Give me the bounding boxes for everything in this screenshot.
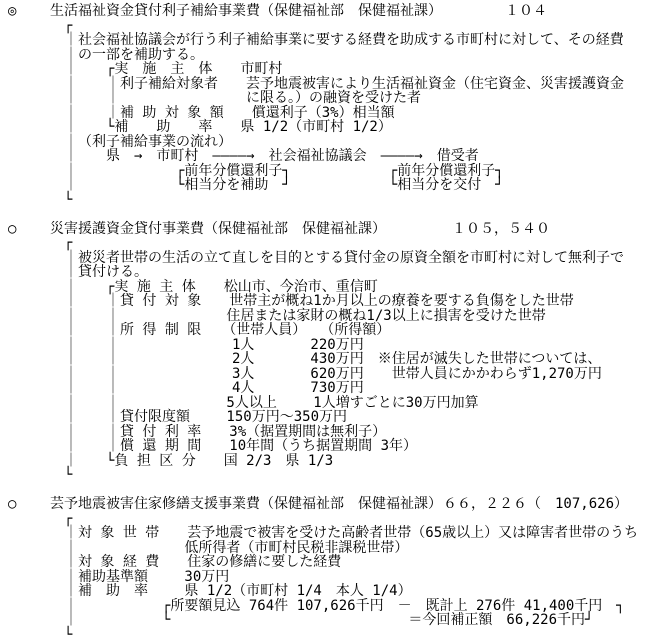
section-title: 災害援護資金貸付事業費（保健福祉部 保健福祉課） bbox=[50, 222, 386, 237]
section-marker-circle: ○ bbox=[8, 497, 16, 512]
section-amount: １０５，５４０ bbox=[452, 222, 550, 237]
section-marker-double-circle: ◎ bbox=[8, 4, 16, 19]
section-disaster-relief-fund-loan: ○ 災害援護資金貸付事業費（保健福祉部 保健福祉課） １０５，５４０ ┌ ｜被災… bbox=[0, 222, 658, 483]
section-heading: ○ 災害援護資金貸付事業費（保健福祉部 保健福祉課） １０５，５４０ bbox=[0, 222, 658, 237]
section-marker-circle: ○ bbox=[8, 222, 16, 237]
section-body-text: ┌ ｜対 象 世 帯 芸予地震で被害を受けた高齢者世帯（65歳以上）又は障害者世… bbox=[0, 512, 658, 640]
section-title: 芸予地震被害住家修繕支援事業費（保健福祉部 保健福祉課） bbox=[50, 497, 442, 512]
section-geiyo-earthquake-home-repair-support: ○ 芸予地震被害住家修繕支援事業費（保健福祉部 保健福祉課） ６６，２２６（ 1… bbox=[0, 497, 658, 640]
section-body-text: ┌ ｜被災者世帯の生活の立て直しを目的とする貸付金の原資全額を市町村に対して無利… bbox=[0, 236, 658, 483]
section-livelihood-welfare-fund-interest-subsidy: ◎ 生活福祉資金貸付利子補給事業費（保健福祉部 保健福祉課） １０４ ┌ ｜社会… bbox=[0, 4, 658, 207]
section-amount: ６６，２２６（ 107,626） bbox=[443, 497, 628, 512]
section-amount: １０４ bbox=[505, 4, 547, 19]
section-heading: ○ 芸予地震被害住家修繕支援事業費（保健福祉部 保健福祉課） ６６，２２６（ 1… bbox=[0, 497, 658, 512]
section-heading: ◎ 生活福祉資金貸付利子補給事業費（保健福祉部 保健福祉課） １０４ bbox=[0, 4, 658, 19]
section-body-text: ┌ ｜社会福祉協議会が行う利子補給事業に要する経費を助成する市町村に対して、その… bbox=[0, 19, 658, 208]
budget-document: ◎ 生活福祉資金貸付利子補給事業費（保健福祉部 保健福祉課） １０４ ┌ ｜社会… bbox=[0, 0, 658, 640]
section-title: 生活福祉資金貸付利子補給事業費（保健福祉部 保健福祉課） bbox=[50, 4, 442, 19]
